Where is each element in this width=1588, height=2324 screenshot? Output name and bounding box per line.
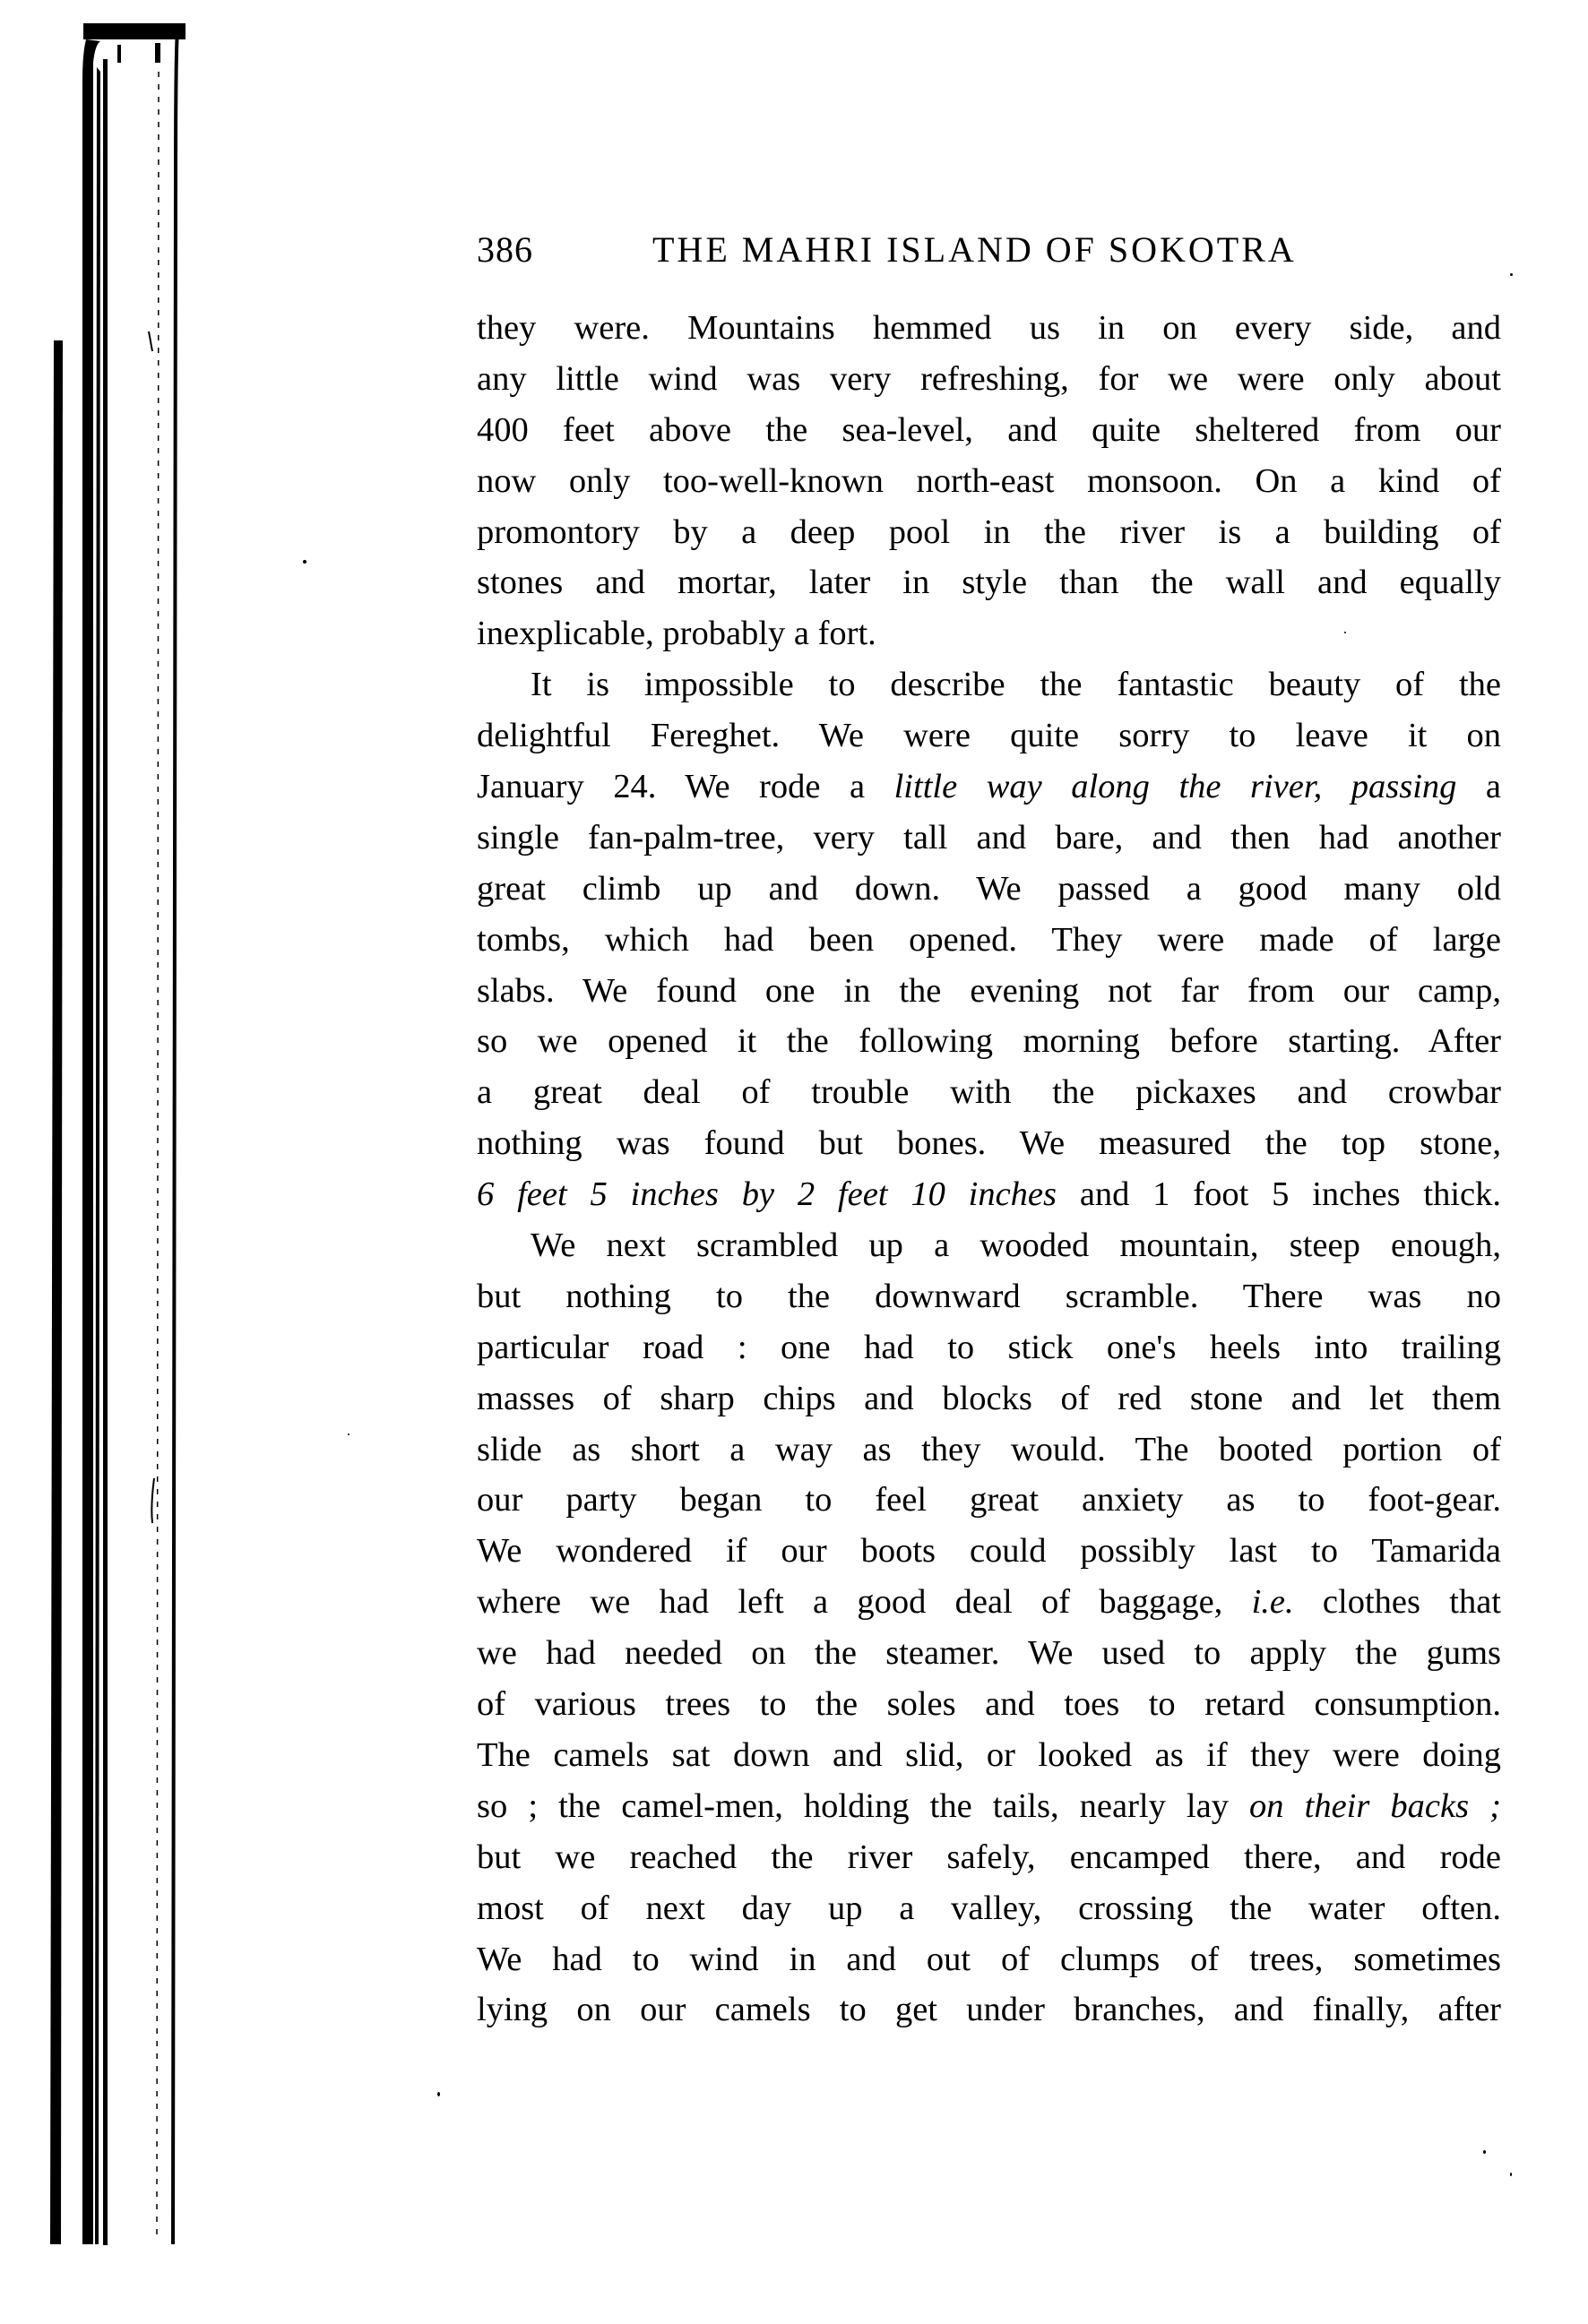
- body-text: they were. Mountains hemmed us in on eve…: [477, 303, 1501, 2036]
- text-line: most of next day up a valley, crossing t…: [477, 1883, 1501, 1934]
- text-line: We had to wind in and out of clumps of t…: [477, 1934, 1501, 1985]
- scan-speck: [1483, 2150, 1486, 2154]
- text-line: It is impossible to describe the fantast…: [477, 659, 1501, 710]
- text-line: slide as short a way as they would. The …: [477, 1425, 1501, 1476]
- text-segment: January 24. We rode a: [477, 768, 894, 805]
- book-binding-edge: [0, 0, 215, 2324]
- text-line: lying on our camels to get under branche…: [477, 1984, 1501, 2036]
- running-header: 386 THE MAHRI ISLAND OF SOKOTRA: [477, 229, 1501, 271]
- text-line: now only too-well-known north-east monso…: [477, 456, 1501, 507]
- text-line: inexplicable, probably a fort.: [477, 608, 1501, 659]
- text-line: tombs, which had been opened. They were …: [477, 915, 1501, 966]
- italic-segment: on their backs ;: [1249, 1787, 1501, 1825]
- scan-speck: [348, 1433, 350, 1435]
- text-line: slabs. We found one in the evening not f…: [477, 966, 1501, 1017]
- scan-speck: [303, 560, 306, 564]
- text-line: nothing was found but bones. We measured…: [477, 1118, 1501, 1169]
- italic-segment: i.e.: [1252, 1583, 1294, 1621]
- text-line: a great deal of trouble with the pickaxe…: [477, 1067, 1501, 1118]
- text-line: but nothing to the downward scramble. Th…: [477, 1271, 1501, 1322]
- page-number: 386: [477, 229, 533, 271]
- text-line: 400 feet above the sea-level, and quite …: [477, 405, 1501, 456]
- paragraph-3: We next scrambled up a wooded mountain, …: [477, 1220, 1501, 2036]
- scan-speck: [1510, 2173, 1512, 2176]
- paragraph-2: It is impossible to describe the fantast…: [477, 659, 1501, 1220]
- scan-speck: [1510, 273, 1513, 276]
- text-segment: clothes that: [1294, 1583, 1501, 1621]
- text-segment: a: [1456, 768, 1501, 805]
- italic-segment: little way along the river, passing: [894, 768, 1457, 805]
- text-line: they were. Mountains hemmed us in on eve…: [477, 303, 1501, 354]
- text-line: where we had left a good deal of baggage…: [477, 1577, 1501, 1628]
- text-line: 6 feet 5 inches by 2 feet 10 inches and …: [477, 1169, 1501, 1220]
- text-line: of various trees to the soles and toes t…: [477, 1679, 1501, 1730]
- text-line: any little wind was very refreshing, for…: [477, 354, 1501, 405]
- text-line: The camels sat down and slid, or looked …: [477, 1730, 1501, 1781]
- text-line: but we reached the river safely, encampe…: [477, 1832, 1501, 1883]
- scan-speck: [1344, 632, 1346, 633]
- text-segment: where we had left a good deal of baggage…: [477, 1583, 1252, 1621]
- running-title: THE MAHRI ISLAND OF SOKOTRA: [652, 229, 1297, 271]
- text-line: single fan-palm-tree, very tall and bare…: [477, 813, 1501, 864]
- italic-segment: 6 feet 5 inches by 2 feet 10 inches: [477, 1175, 1057, 1213]
- text-line: so we opened it the following morning be…: [477, 1016, 1501, 1067]
- text-segment: so ; the camel-men, holding the tails, n…: [477, 1787, 1249, 1825]
- paragraph-1: they were. Mountains hemmed us in on eve…: [477, 303, 1501, 659]
- text-line: promontory by a deep pool in the river i…: [477, 507, 1501, 558]
- text-line: delightful Fereghet. We were quite sorry…: [477, 710, 1501, 762]
- text-line: our party began to feel great anxiety as…: [477, 1475, 1501, 1526]
- text-line: January 24. We rode a little way along t…: [477, 762, 1501, 813]
- scan-speck: [437, 2092, 440, 2096]
- text-line: stones and mortar, later in style than t…: [477, 557, 1501, 608]
- text-line: We wondered if our boots could possibly …: [477, 1526, 1501, 1577]
- text-line: masses of sharp chips and blocks of red …: [477, 1373, 1501, 1425]
- text-segment: and 1 foot 5 inches thick.: [1057, 1175, 1501, 1213]
- text-line: so ; the camel-men, holding the tails, n…: [477, 1781, 1501, 1832]
- text-line: particular road : one had to stick one's…: [477, 1322, 1501, 1373]
- text-line: we had needed on the steamer. We used to…: [477, 1628, 1501, 1679]
- text-line: great climb up and down. We passed a goo…: [477, 864, 1501, 915]
- text-line: We next scrambled up a wooded mountain, …: [477, 1220, 1501, 1271]
